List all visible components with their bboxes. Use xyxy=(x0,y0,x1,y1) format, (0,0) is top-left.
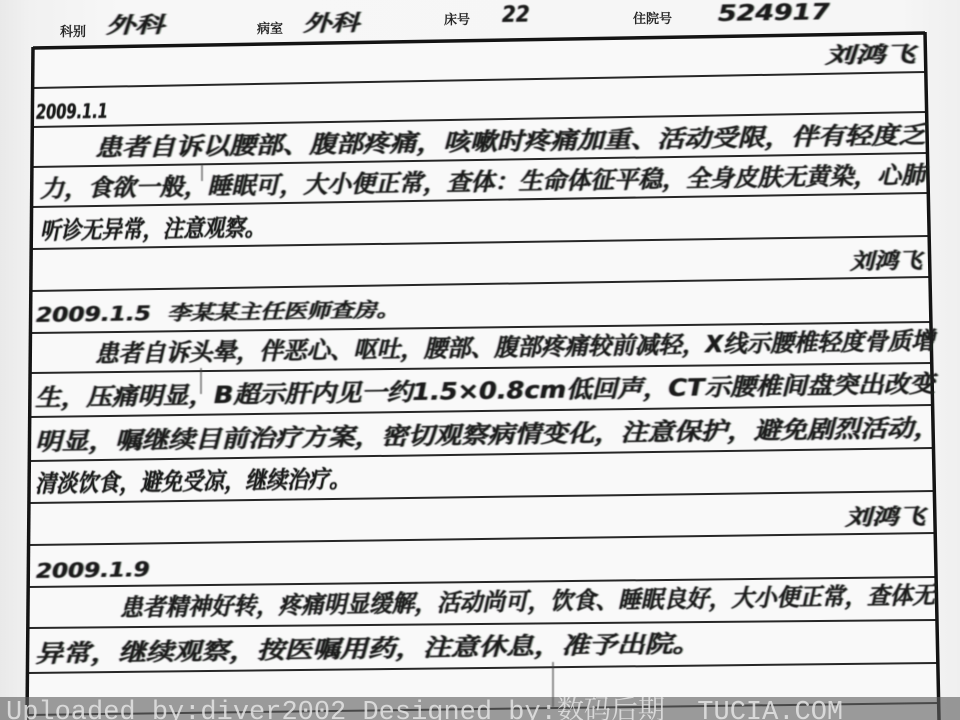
entry-text-line: 听诊无异常，注意观察。 xyxy=(40,212,265,246)
entry-date-and-title: 2009.1.5李某某主任医师查房。 xyxy=(36,294,400,330)
header-label-admission-number: 住院号 xyxy=(633,8,672,27)
watermark-bar: Uploaded by:diver2002 Designed by:数码后期 T… xyxy=(0,697,960,720)
header-value-department: 外科 xyxy=(106,11,164,42)
entry-title: 李某某主任医师查房。 xyxy=(167,297,400,325)
doctor-signature: 刘鸿飞 xyxy=(825,41,915,72)
entry-date: 2009.1.5 xyxy=(36,301,151,327)
watermark-text: Uploaded by:diver2002 Designed by:数码后期 T… xyxy=(6,700,843,720)
entry-text-line: 清淡饮食，避免受凉，继续治疗。 xyxy=(35,464,350,499)
entry-date: 2009.1.1 xyxy=(36,96,108,127)
header-label-ward: 病室 xyxy=(257,18,283,37)
header-value-admission-number: 524917 xyxy=(718,0,830,30)
header-label-bed-number: 床号 xyxy=(444,9,470,28)
header-label-department: 科别 xyxy=(60,21,86,40)
header-value-ward: 外科 xyxy=(303,9,359,40)
doctor-signature: 刘鸿飞 xyxy=(850,247,922,278)
header-value-bed-number: 22 xyxy=(502,1,530,31)
doctor-signature: 刘鸿飞 xyxy=(845,503,925,534)
entry-date: 2009.1.9 xyxy=(36,554,150,586)
